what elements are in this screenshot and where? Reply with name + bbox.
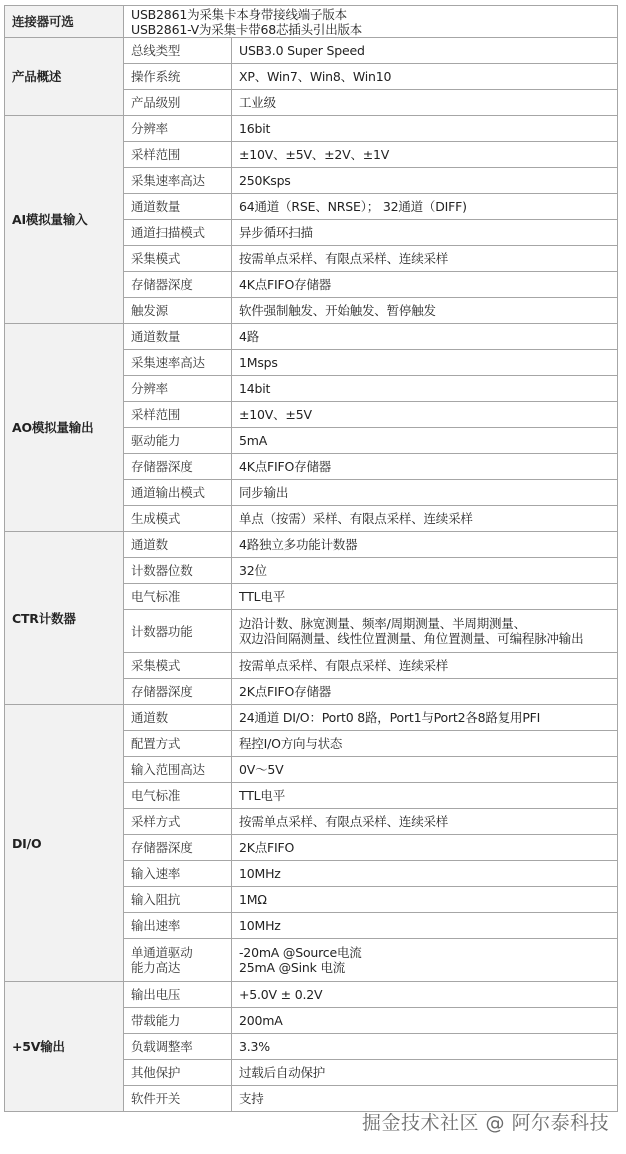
spec-label-cell: 分辨率 [124, 376, 232, 402]
spec-value-cell: 16bit [232, 116, 618, 142]
spec-value-cell: 单点（按需）采样、有限点采样、连续采样 [232, 506, 618, 532]
spec-label-cell: 电气标准 [124, 783, 232, 809]
spec-value-cell: +5.0V ± 0.2V [232, 982, 618, 1008]
spec-value-cell: ±10V、±5V、±2V、±1V [232, 142, 618, 168]
category-cell: AI模拟量输入 [5, 116, 124, 324]
spec-value-cell: 同步输出 [232, 480, 618, 506]
spec-value-cell: 10MHz [232, 861, 618, 887]
spec-value-cell: 4路独立多功能计数器 [232, 532, 618, 558]
spec-label-cell: 计数器功能 [124, 610, 232, 653]
spec-label-cell: 负载调整率 [124, 1034, 232, 1060]
category-cell: +5V输出 [5, 982, 124, 1112]
spec-value-cell: 按需单点采样、有限点采样、连续采样 [232, 809, 618, 835]
spec-label-cell: 计数器位数 [124, 558, 232, 584]
spec-value-cell: 过载后自动保护 [232, 1060, 618, 1086]
spec-value-cell: 5mA [232, 428, 618, 454]
spec-value-cell: 0V～5V [232, 757, 618, 783]
spec-label-cell: 通道数量 [124, 324, 232, 350]
spec-value-cell: 2K点FIFO存储器 [232, 679, 618, 705]
spec-value-cell: 14bit [232, 376, 618, 402]
category-cell: AO模拟量输出 [5, 324, 124, 532]
spec-label-cell: 输出电压 [124, 982, 232, 1008]
spec-value-cell: 4路 [232, 324, 618, 350]
spec-value-cell: TTL电平 [232, 783, 618, 809]
spec-label-cell: 通道数量 [124, 194, 232, 220]
spec-label-cell: 存储器深度 [124, 454, 232, 480]
spec-label-cell: 存储器深度 [124, 679, 232, 705]
spec-value-cell: 软件强制触发、开始触发、暂停触发 [232, 298, 618, 324]
connector-value-cell: USB2861为采集卡本身带接线端子版本 USB2861-V为采集卡带68芯插头… [124, 6, 618, 38]
spec-value-line: -20mA @Source电流 [239, 945, 617, 960]
table-row: AI模拟量输入分辨率16bit [5, 116, 618, 142]
spec-label-cell: 输出速率 [124, 913, 232, 939]
spec-label-cell: 触发源 [124, 298, 232, 324]
spec-label-cell: 电气标准 [124, 584, 232, 610]
connector-line: USB2861为采集卡本身带接线端子版本 [131, 7, 617, 22]
spec-value-cell: 3.3% [232, 1034, 618, 1060]
spec-label-cell: 总线类型 [124, 38, 232, 64]
spec-value-cell: 程控I/O方向与状态 [232, 731, 618, 757]
spec-value-cell: -20mA @Source电流25mA @Sink 电流 [232, 939, 618, 982]
spec-value-cell: 24通道 DI/O：Port0 8路，Port1与Port2各8路复用PFI [232, 705, 618, 731]
spec-label-cell: 单通道驱动能力高达 [124, 939, 232, 982]
table-row: DI/O通道数24通道 DI/O：Port0 8路，Port1与Port2各8路… [5, 705, 618, 731]
spec-label-cell: 输入阻抗 [124, 887, 232, 913]
spec-label-cell: 采集模式 [124, 653, 232, 679]
spec-label-cell: 采集模式 [124, 246, 232, 272]
table-row-connector: 连接器可选 USB2861为采集卡本身带接线端子版本 USB2861-V为采集卡… [5, 6, 618, 38]
spec-label-cell: 配置方式 [124, 731, 232, 757]
spec-label-cell: 其他保护 [124, 1060, 232, 1086]
spec-table-body: 连接器可选 USB2861为采集卡本身带接线端子版本 USB2861-V为采集卡… [5, 6, 618, 1112]
spec-value-cell: 1MΩ [232, 887, 618, 913]
table-row: 产品概述总线类型USB3.0 Super Speed [5, 38, 618, 64]
table-row: AO模拟量输出通道数量4路 [5, 324, 618, 350]
spec-label-cell: 采样范围 [124, 402, 232, 428]
spec-label-cell: 存储器深度 [124, 835, 232, 861]
spec-label-cell: 通道数 [124, 705, 232, 731]
spec-label-cell: 采集速率高达 [124, 350, 232, 376]
spec-value-cell: 10MHz [232, 913, 618, 939]
spec-value-cell: 工业级 [232, 90, 618, 116]
category-cell: CTR计数器 [5, 532, 124, 705]
spec-value-cell: 1Msps [232, 350, 618, 376]
spec-value-cell: 2K点FIFO [232, 835, 618, 861]
spec-label-cell: 操作系统 [124, 64, 232, 90]
spec-label-cell: 软件开关 [124, 1086, 232, 1112]
spec-label-cell: 存储器深度 [124, 272, 232, 298]
connector-line: USB2861-V为采集卡带68芯插头引出版本 [131, 22, 617, 37]
spec-label-cell: 采样范围 [124, 142, 232, 168]
spec-label-cell: 通道输出模式 [124, 480, 232, 506]
spec-label-cell: 产品级别 [124, 90, 232, 116]
spec-value-cell: TTL电平 [232, 584, 618, 610]
spec-value-cell: 64通道（RSE、NRSE）； 32通道（DIFF) [232, 194, 618, 220]
spec-label-line: 单通道驱动 [131, 945, 231, 960]
spec-value-cell: XP、Win7、Win8、Win10 [232, 64, 618, 90]
spec-value-cell: 边沿计数、脉宽测量、频率/周期测量、半周期测量、双边沿间隔测量、线性位置测量、角… [232, 610, 618, 653]
spec-label-line: 能力高达 [131, 960, 231, 975]
spec-value-cell: 4K点FIFO存储器 [232, 454, 618, 480]
spec-value-cell: 按需单点采样、有限点采样、连续采样 [232, 246, 618, 272]
spec-label-cell: 采集速率高达 [124, 168, 232, 194]
table-row: CTR计数器通道数4路独立多功能计数器 [5, 532, 618, 558]
spec-label-cell: 通道扫描模式 [124, 220, 232, 246]
spec-label-cell: 输入速率 [124, 861, 232, 887]
spec-value-cell: 250Ksps [232, 168, 618, 194]
spec-value-cell: 32位 [232, 558, 618, 584]
spec-value-cell: 4K点FIFO存储器 [232, 272, 618, 298]
spec-label-cell: 生成模式 [124, 506, 232, 532]
spec-value-cell: 200mA [232, 1008, 618, 1034]
spec-value-line: 25mA @Sink 电流 [239, 960, 617, 975]
spec-value-cell: USB3.0 Super Speed [232, 38, 618, 64]
table-row: +5V输出输出电压+5.0V ± 0.2V [5, 982, 618, 1008]
spec-label-cell: 采样方式 [124, 809, 232, 835]
spec-value-cell: 异步循环扫描 [232, 220, 618, 246]
spec-value-line: 边沿计数、脉宽测量、频率/周期测量、半周期测量、 [239, 616, 617, 631]
category-cell: 产品概述 [5, 38, 124, 116]
spec-label-cell: 通道数 [124, 532, 232, 558]
spec-label-cell: 分辨率 [124, 116, 232, 142]
spec-table: 连接器可选 USB2861为采集卡本身带接线端子版本 USB2861-V为采集卡… [4, 5, 618, 1112]
spec-label-cell: 驱动能力 [124, 428, 232, 454]
spec-label-cell: 输入范围高达 [124, 757, 232, 783]
spec-value-cell: 按需单点采样、有限点采样、连续采样 [232, 653, 618, 679]
spec-value-cell: ±10V、±5V [232, 402, 618, 428]
spec-value-line: 双边沿间隔测量、线性位置测量、角位置测量、可编程脉冲输出 [239, 631, 617, 646]
category-cell-connector: 连接器可选 [5, 6, 124, 38]
category-cell: DI/O [5, 705, 124, 982]
spec-label-cell: 带载能力 [124, 1008, 232, 1034]
watermark: 掘金技术社区 @ 阿尔泰科技 [362, 1108, 609, 1135]
